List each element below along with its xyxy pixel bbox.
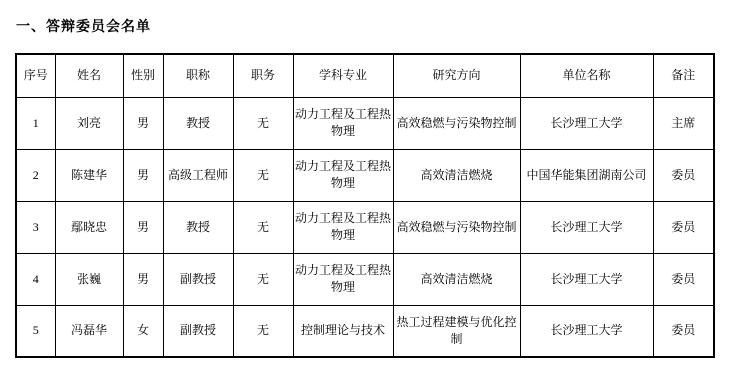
cell-organization: 长沙理工大学 xyxy=(520,253,653,305)
cell-research: 高效稳燃与污染物控制 xyxy=(393,201,520,253)
committee-table: 序号 姓名 性别 职称 职务 学科专业 研究方向 单位名称 备注 1 刘亮 男 … xyxy=(15,53,715,358)
cell-discipline: 控制理论与技术 xyxy=(293,305,393,357)
cell-name: 刘亮 xyxy=(55,97,123,149)
cell-gender: 男 xyxy=(123,97,163,149)
cell-title: 副教授 xyxy=(163,253,233,305)
table-header-row: 序号 姓名 性别 职称 职务 学科专业 研究方向 单位名称 备注 xyxy=(16,54,714,97)
cell-note: 委员 xyxy=(653,253,714,305)
cell-gender: 男 xyxy=(123,149,163,201)
cell-gender: 男 xyxy=(123,201,163,253)
cell-research: 高效稳燃与污染物控制 xyxy=(393,97,520,149)
cell-title: 教授 xyxy=(163,97,233,149)
cell-discipline: 动力工程及工程热物理 xyxy=(293,201,393,253)
cell-discipline: 动力工程及工程热物理 xyxy=(293,253,393,305)
cell-research: 高效清洁燃烧 xyxy=(393,253,520,305)
cell-name: 鄢晓忠 xyxy=(55,201,123,253)
cell-name: 冯磊华 xyxy=(55,305,123,357)
section-title: 一、答辩委员会名单 xyxy=(16,16,151,36)
header-gender: 性别 xyxy=(123,54,163,97)
cell-research: 高效清洁燃烧 xyxy=(393,149,520,201)
cell-note: 主席 xyxy=(653,97,714,149)
header-no: 序号 xyxy=(16,54,55,97)
header-discipline: 学科专业 xyxy=(293,54,393,97)
cell-organization: 中国华能集团湖南公司 xyxy=(520,149,653,201)
cell-position: 无 xyxy=(233,305,293,357)
cell-no: 4 xyxy=(16,253,55,305)
header-position: 职务 xyxy=(233,54,293,97)
table-row: 1 刘亮 男 教授 无 动力工程及工程热物理 高效稳燃与污染物控制 长沙理工大学… xyxy=(16,97,714,149)
cell-title: 教授 xyxy=(163,201,233,253)
cell-position: 无 xyxy=(233,149,293,201)
cell-title: 高级工程师 xyxy=(163,149,233,201)
cell-organization: 长沙理工大学 xyxy=(520,201,653,253)
table-row: 2 陈建华 男 高级工程师 无 动力工程及工程热物理 高效清洁燃烧 中国华能集团… xyxy=(16,149,714,201)
table-row: 4 张巍 男 副教授 无 动力工程及工程热物理 高效清洁燃烧 长沙理工大学 委员 xyxy=(16,253,714,305)
table-row: 3 鄢晓忠 男 教授 无 动力工程及工程热物理 高效稳燃与污染物控制 长沙理工大… xyxy=(16,201,714,253)
cell-name: 张巍 xyxy=(55,253,123,305)
cell-gender: 女 xyxy=(123,305,163,357)
header-note: 备注 xyxy=(653,54,714,97)
cell-note: 委员 xyxy=(653,305,714,357)
cell-organization: 长沙理工大学 xyxy=(520,97,653,149)
header-organization: 单位名称 xyxy=(520,54,653,97)
cell-position: 无 xyxy=(233,201,293,253)
cell-no: 2 xyxy=(16,149,55,201)
cell-discipline: 动力工程及工程热物理 xyxy=(293,149,393,201)
cell-no: 3 xyxy=(16,201,55,253)
cell-note: 委员 xyxy=(653,201,714,253)
header-name: 姓名 xyxy=(55,54,123,97)
cell-note: 委员 xyxy=(653,149,714,201)
header-research: 研究方向 xyxy=(393,54,520,97)
cell-position: 无 xyxy=(233,97,293,149)
cell-organization: 长沙理工大学 xyxy=(520,305,653,357)
cell-title: 副教授 xyxy=(163,305,233,357)
cell-no: 1 xyxy=(16,97,55,149)
header-title: 职称 xyxy=(163,54,233,97)
cell-gender: 男 xyxy=(123,253,163,305)
cell-research: 热工过程建模与优化控制 xyxy=(393,305,520,357)
cell-name: 陈建华 xyxy=(55,149,123,201)
cell-position: 无 xyxy=(233,253,293,305)
cell-discipline: 动力工程及工程热物理 xyxy=(293,97,393,149)
table-row: 5 冯磊华 女 副教授 无 控制理论与技术 热工过程建模与优化控制 长沙理工大学… xyxy=(16,305,714,357)
cell-no: 5 xyxy=(16,305,55,357)
